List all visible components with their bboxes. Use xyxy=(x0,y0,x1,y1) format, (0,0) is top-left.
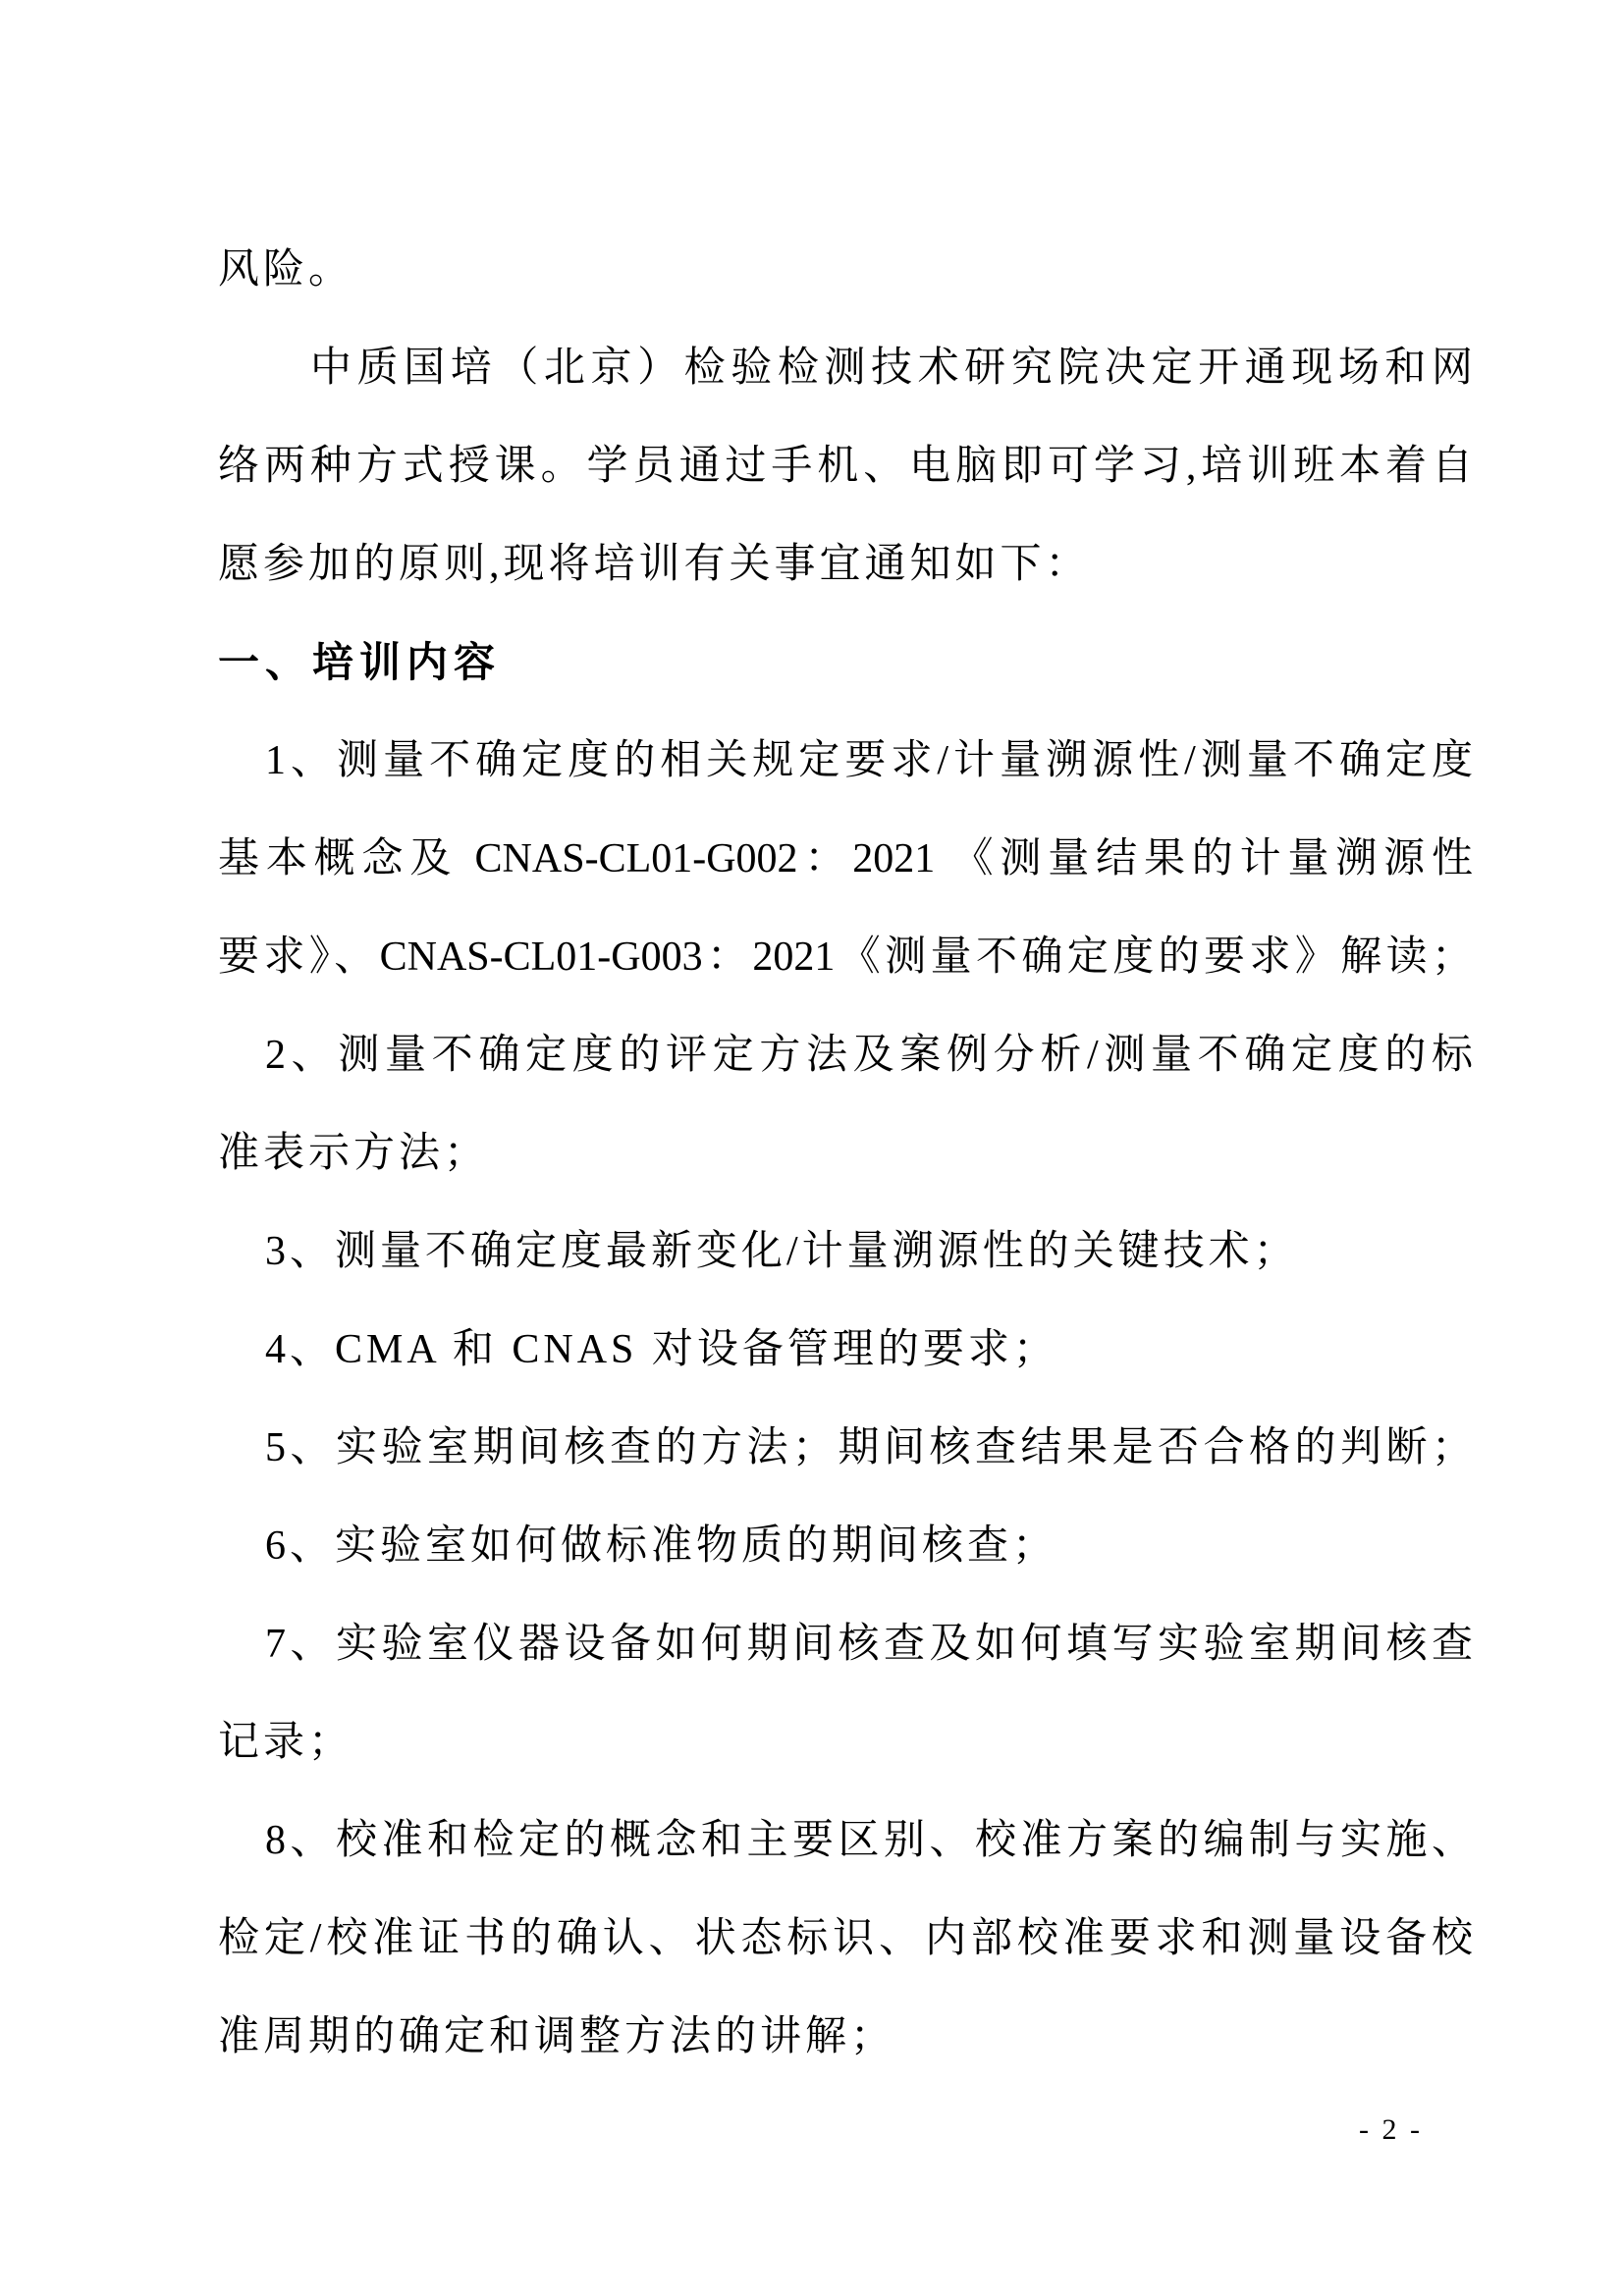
text-line: 2、测量不确定度的评定方法及案例分析/测量不确定度的标 xyxy=(218,1006,1473,1104)
text-line: 检定/校准证书的确认、状态标识、内部校准要求和测量设备校 xyxy=(218,1890,1473,1988)
text-line: 络两种方式授课。学员通过手机、电脑即可学习,培训班本着自 xyxy=(218,417,1473,515)
text-line: 中质国培（北京）检验检测技术研究院决定开通现场和网 xyxy=(218,319,1473,417)
text-line: 基本概念及 CNAS-CL01-G002：2021 《测量结果的计量溯源性 xyxy=(218,810,1473,908)
text-line: 5、实验室期间核查的方法；期间核查结果是否合格的判断； xyxy=(218,1399,1473,1497)
text-line: 准表示方法； xyxy=(218,1104,1473,1202)
page-number: - 2 - xyxy=(1359,2109,1423,2152)
text-line: 7、实验室仪器设备如何期间核查及如何填写实验室期间核查 xyxy=(218,1595,1473,1693)
text-line: 准周期的确定和调整方法的讲解； xyxy=(218,1988,1473,2086)
text-line: 要求》、CNAS-CL01-G003：2021《测量不确定度的要求》解读； xyxy=(218,908,1473,1006)
text-line: 愿参加的原则,现将培训有关事宜通知如下： xyxy=(218,515,1473,614)
document-body: 风险。中质国培（北京）检验检测技术研究院决定开通现场和网络两种方式授课。学员通过… xyxy=(218,221,1473,2086)
text-line: 3、测量不确定度最新变化/计量溯源性的关键技术； xyxy=(218,1202,1473,1301)
document-page: 风险。中质国培（北京）检验检测技术研究院决定开通现场和网络两种方式授课。学员通过… xyxy=(0,0,1624,2296)
text-line: 6、实验室如何做标准物质的期间核查； xyxy=(218,1497,1473,1595)
text-line: 4、CMA 和 CNAS 对设备管理的要求； xyxy=(218,1301,1473,1399)
text-line: 1、测量不确定度的相关规定要求/计量溯源性/测量不确定度 xyxy=(218,712,1473,810)
section-heading: 一、培训内容 xyxy=(218,614,1473,712)
text-line: 8、校准和检定的概念和主要区别、校准方案的编制与实施、 xyxy=(218,1791,1473,1890)
text-line: 记录； xyxy=(218,1693,1473,1791)
text-line: 风险。 xyxy=(218,221,1473,319)
